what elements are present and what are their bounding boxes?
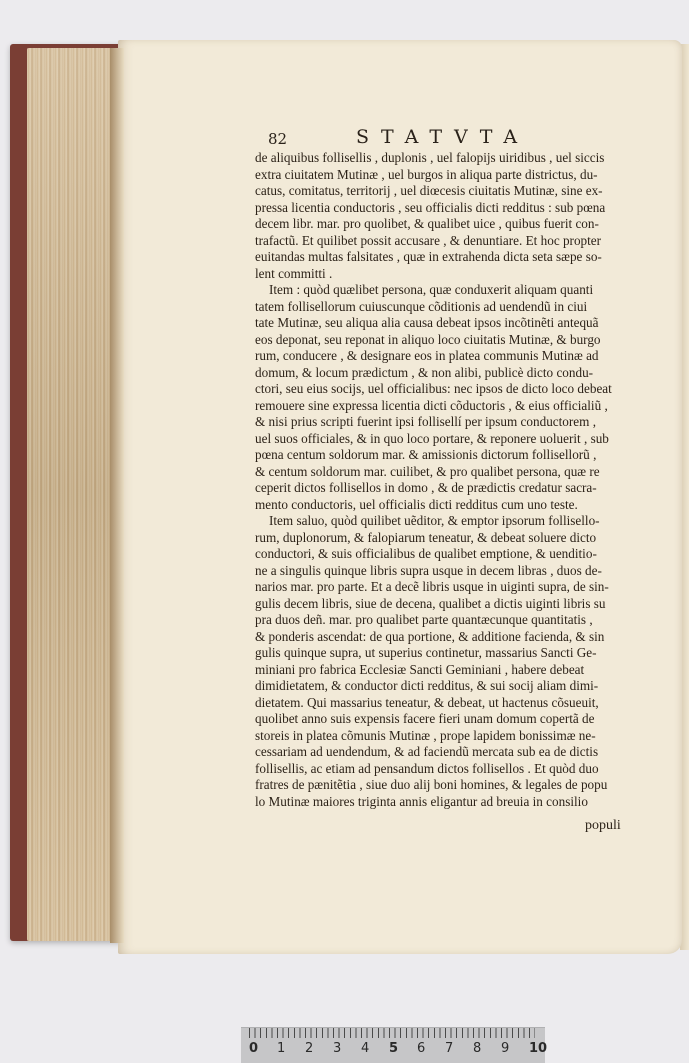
text-line: quolibet anno suis expensis facere fieri… — [255, 711, 645, 728]
text-line: tatem follisellorum cuiuscunque cõdition… — [255, 299, 645, 316]
text-line: remouere sine expressa licentia dicti cõ… — [255, 398, 645, 415]
text-line: de aliquibus follisellis , duplonis , ue… — [255, 150, 645, 167]
ruler-label: 5 — [389, 1041, 398, 1056]
page-header: 82 STATVTA — [256, 126, 656, 152]
text-line: trafactũ. Et quilibet possit accusare , … — [255, 233, 645, 250]
text-line: follisellis, ac etiam ad pensandum dicto… — [255, 761, 645, 778]
ruler-ticks — [249, 1028, 535, 1038]
ruler-label: 7 — [445, 1041, 453, 1056]
text-line: dimidietatem, & conductor dicti redditus… — [255, 678, 645, 695]
text-line: euitandas multas falsitates , quæ in ext… — [255, 249, 645, 266]
text-line: fratres de pænitẽtia , siue duo alij bon… — [255, 777, 645, 794]
text-line: ceperit dictos follisellos in domo , & d… — [255, 480, 645, 497]
text-line: dietatem. Qui massarius teneatur, & debe… — [255, 695, 645, 712]
text-line: Item saluo, quòd quilibet uẽditor, & emp… — [255, 513, 645, 530]
text-line: pressa licentia conductoris , seu offici… — [255, 200, 645, 217]
text-line: storeis in platea cõmunis Mutinæ , prope… — [255, 728, 645, 745]
text-line: rum, duplonorum, & falopiarum teneatur, … — [255, 530, 645, 547]
text-line: gulis quinque supra, ut superius contine… — [255, 645, 645, 662]
ruler-label: 3 — [333, 1041, 341, 1056]
text-line: pra duos deñ. mar. pro qualibet parte qu… — [255, 612, 645, 629]
running-title: STATVTA — [356, 126, 529, 148]
text-line: catus, comitatus, territorij , uel diœce… — [255, 183, 645, 200]
text-line: rum, conducere , & designare eos in plat… — [255, 348, 645, 365]
text-line: decem libr. mar. pro quolibet, & qualibe… — [255, 216, 645, 233]
text-line: cessariam ad uendendum, & ad faciendũ me… — [255, 744, 645, 761]
text-line: lo Mutinæ maiores triginta annis eligant… — [255, 794, 645, 811]
ruler-label: 8 — [473, 1041, 481, 1056]
page-number: 82 — [268, 130, 287, 148]
ruler-label: 1 — [277, 1041, 285, 1056]
text-line: & centum soldorum mar. cuilibet, & pro q… — [255, 464, 645, 481]
text-line: eos deponat, seu reponat in aliquo loco … — [255, 332, 645, 349]
gutter-shadow — [110, 48, 124, 943]
ruler-label: 2 — [305, 1041, 313, 1056]
text-line: extra ciuitatem Mutinæ , uel burgos in a… — [255, 167, 645, 184]
text-line: Item : quòd quælibet persona, quæ condux… — [255, 282, 645, 299]
text-line: ne a singulis quinque libris supra usque… — [255, 563, 645, 580]
text-line: mento conductoris, uel officialis dicti … — [255, 497, 645, 514]
text-line: pœna centum soldorum mar. & amissionis d… — [255, 447, 645, 464]
ruler-label: 0 — [249, 1041, 258, 1056]
ruler-label: 4 — [361, 1041, 369, 1056]
text-line: narios mar. pro parte. Et a decẽ libris … — [255, 579, 645, 596]
page-block-edges — [27, 48, 119, 941]
text-block: de aliquibus follisellis , duplonis , ue… — [255, 150, 645, 810]
text-line: conductori, & suis officialibus de quali… — [255, 546, 645, 563]
ruler-label: 10 — [529, 1041, 547, 1056]
text-line: lent committi . — [255, 266, 645, 283]
text-line: tate Mutinæ, seu aliqua alia causa debea… — [255, 315, 645, 332]
text-line: miniani pro fabrica Ecclesiæ Sancti Gemi… — [255, 662, 645, 679]
text-line: & ponderis ascendat: de qua portione, & … — [255, 629, 645, 646]
text-line: gulis decem libris, siue de decena, qual… — [255, 596, 645, 613]
catchword: populi — [585, 818, 621, 834]
text-line: uel suos officiales, & in quo loco porta… — [255, 431, 645, 448]
text-line: ctori, seu eius socijs, uel officialibus… — [255, 381, 645, 398]
text-line: domum, & locum prædictum , & non alibi, … — [255, 365, 645, 382]
ruler-labels: 012345678910 — [245, 1041, 545, 1059]
text-line: & nisi prius scripti fuerint ipsi follis… — [255, 414, 645, 431]
ruler-label: 6 — [417, 1041, 425, 1056]
ruler-label: 9 — [501, 1041, 509, 1056]
scale-ruler: 012345678910 — [241, 1027, 545, 1063]
